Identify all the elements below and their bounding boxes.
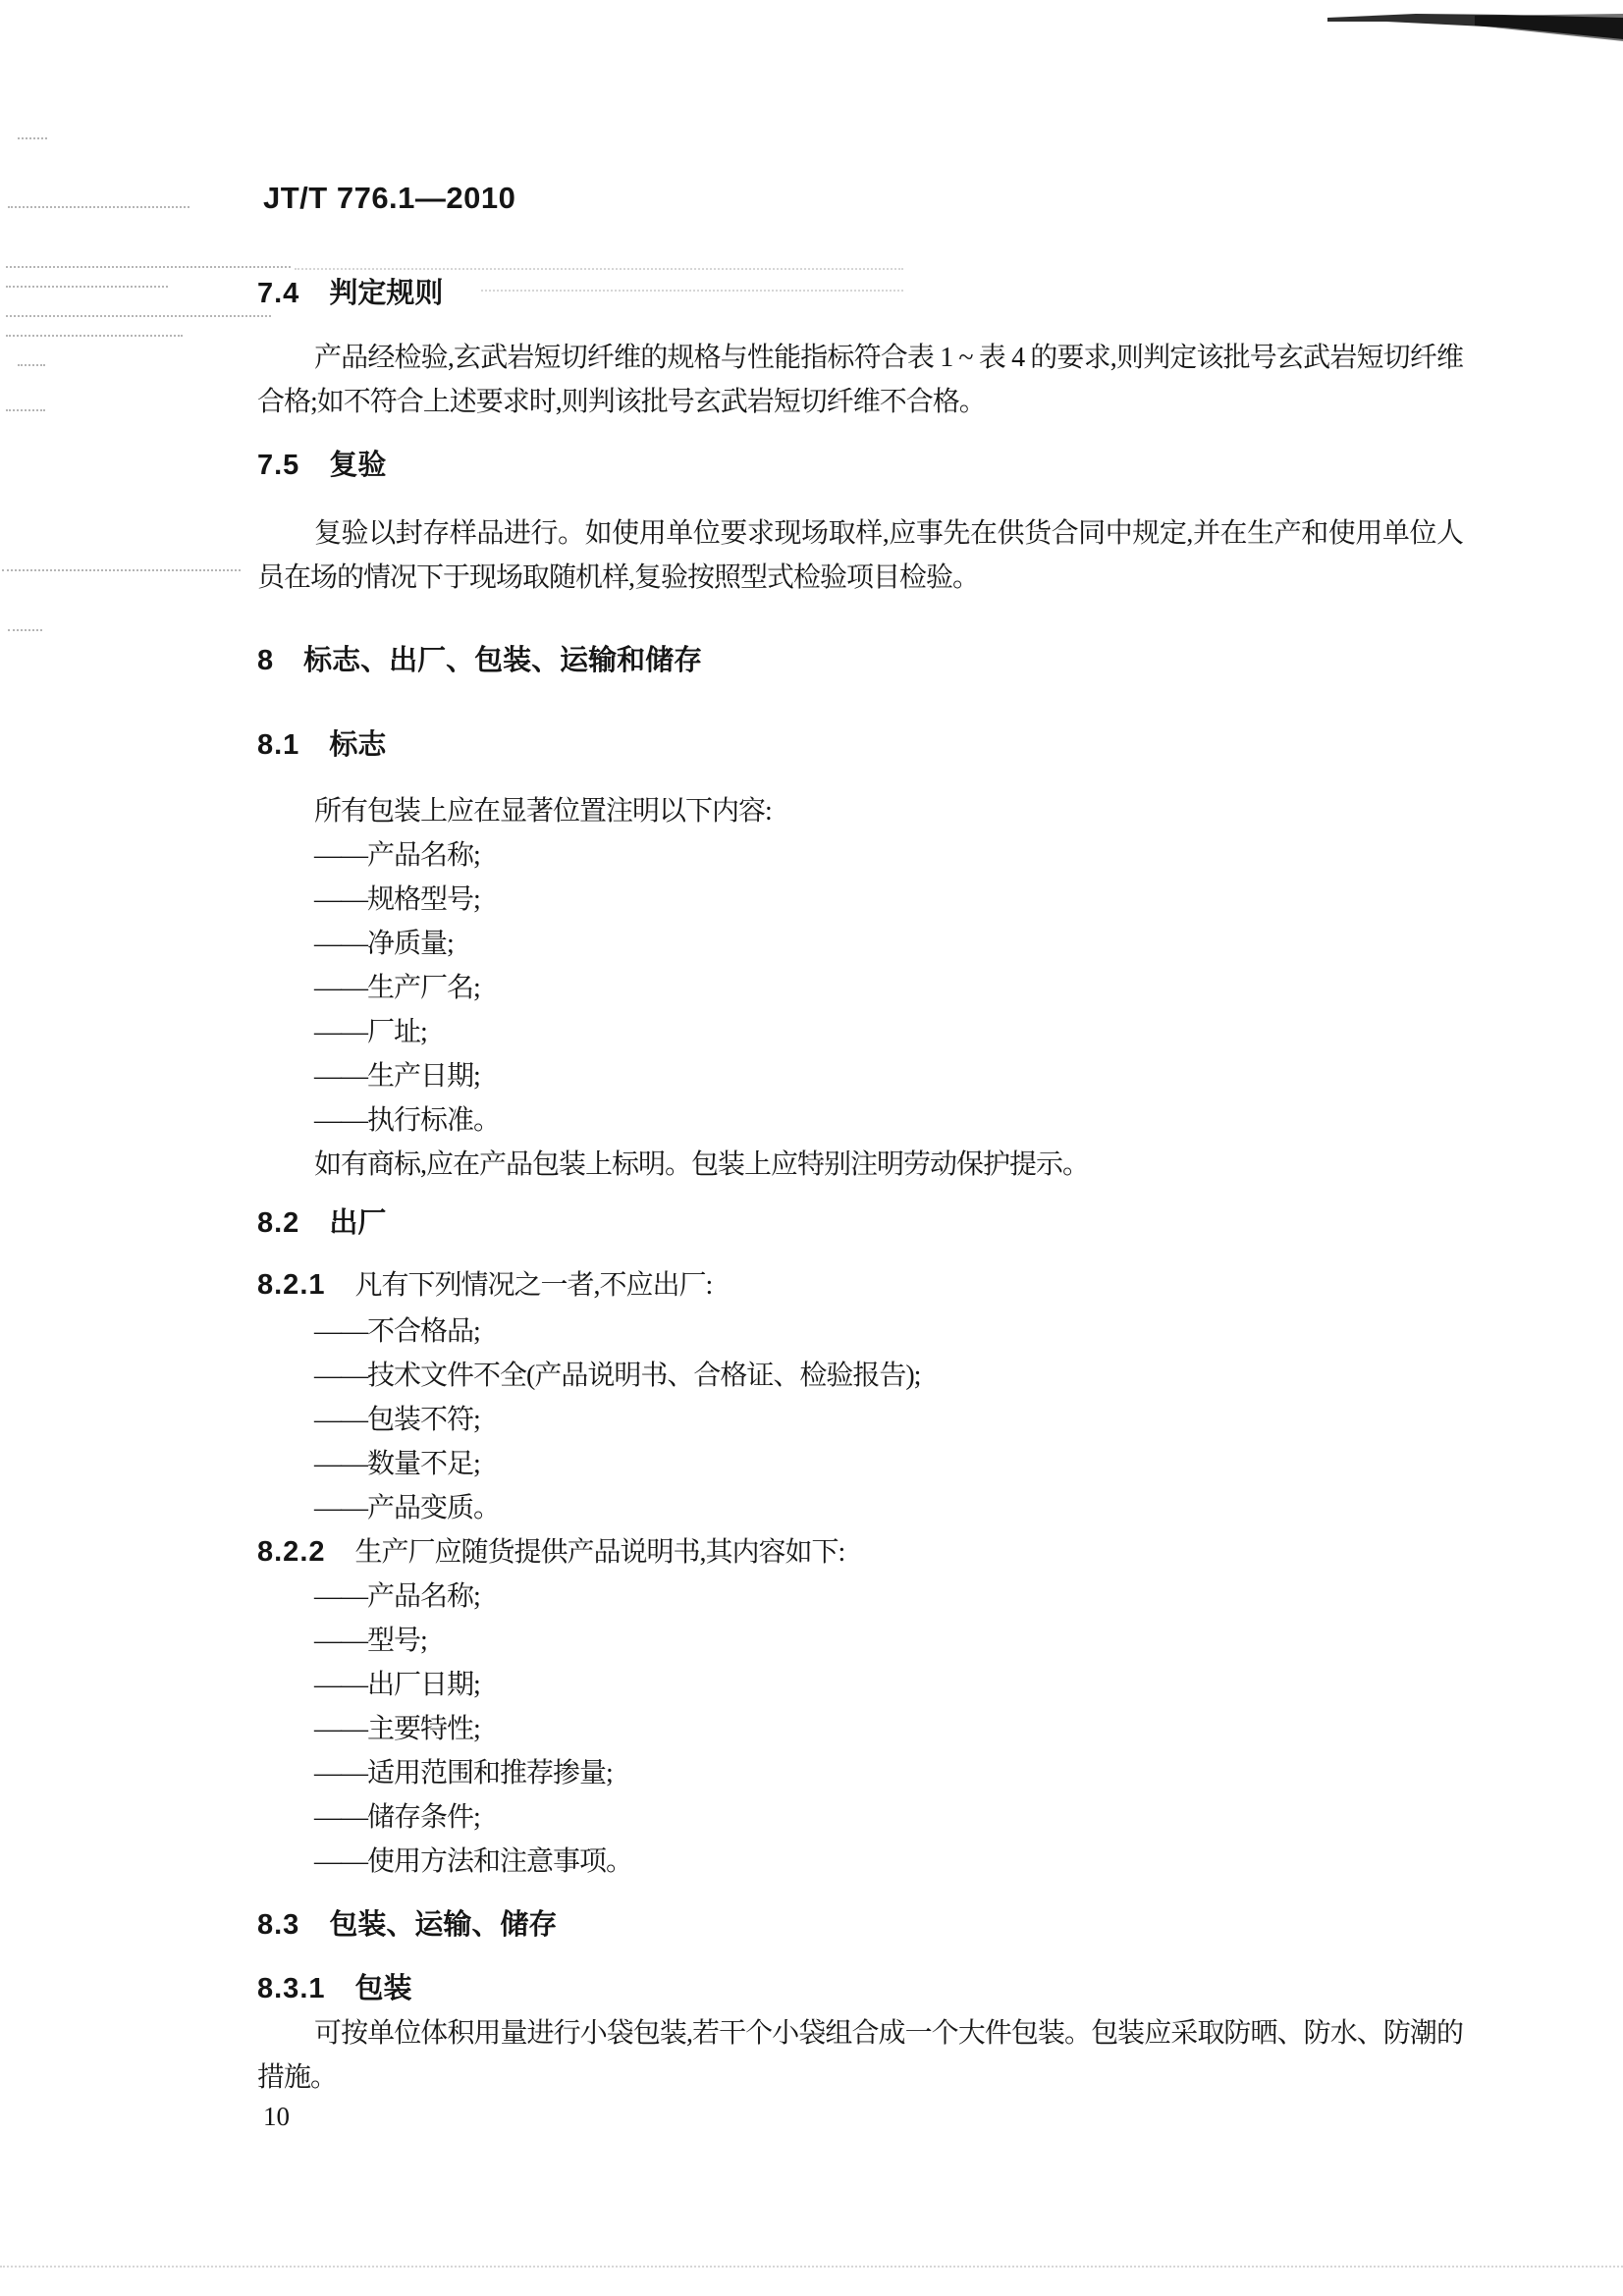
scan-artifact-dots [6, 315, 271, 317]
scan-artifact-dots [6, 335, 183, 337]
list-item: ——厂址; [314, 1010, 427, 1054]
document-page: JT/T 776.1—2010 7.4判定规则 产品经检验,玄武岩短切纤维的规格… [0, 0, 1623, 2296]
section-title: 标志、出厂、包装、运输和储存 [303, 645, 702, 676]
scan-artifact-dots [2, 569, 241, 571]
scan-artifact-dots [18, 137, 47, 139]
section-8-1-note: 如有商标,应在产品包装上标明。包装上应特别注明劳动保护提示。 [257, 1143, 1463, 1187]
standard-number: JT/T 776.1—2010 [263, 176, 515, 220]
scan-artifact-dots [8, 629, 42, 631]
scan-artifact-dots [6, 286, 168, 288]
section-title: 判定规则 [329, 278, 443, 309]
clause-number: 8.2.1 [257, 1263, 326, 1308]
list-item: ——执行标准。 [314, 1098, 500, 1143]
list-item: ——生产日期; [314, 1054, 480, 1098]
section-number: 8.1 [257, 723, 299, 768]
list-item: ——生产厂名; [314, 966, 480, 1010]
clause-text: 凡有下列情况之一者,不应出厂: [355, 1270, 713, 1301]
list-item: ——主要特性; [314, 1707, 480, 1751]
clause-8-2-1: 8.2.1凡有下列情况之一者,不应出厂: [257, 1263, 1463, 1308]
page-number: 10 [263, 2095, 290, 2139]
scan-artifact-dots [6, 266, 291, 268]
list-item: ——数量不足; [314, 1442, 480, 1486]
section-title: 包装、运输、储存 [329, 1909, 557, 1941]
scan-artifact-bottom-line [0, 2266, 1623, 2268]
section-title: 复验 [329, 450, 386, 481]
list-item: ——产品名称; [314, 833, 480, 878]
section-7-5-paragraph: 复验以封存样品进行。如使用单位要求现场取样,应事先在供货合同中规定,并在生产和使… [257, 511, 1463, 600]
section-title: 包装 [355, 1973, 412, 2004]
section-7-5-heading: 7.5复验 [257, 444, 386, 488]
list-item: ——技术文件不全(产品说明书、合格证、检验报告); [314, 1354, 920, 1398]
section-number: 7.5 [257, 444, 299, 488]
section-7-4-heading: 7.4判定规则 [257, 272, 443, 316]
section-8-1-intro: 所有包装上应在显著位置注明以下内容: [257, 789, 1463, 833]
list-item: ——净质量; [314, 922, 454, 966]
list-item: ——出厂日期; [314, 1663, 480, 1707]
section-title: 标志 [329, 729, 386, 761]
list-item: ——产品名称; [314, 1575, 480, 1619]
scan-artifact-dots [295, 268, 903, 270]
section-number: 7.4 [257, 272, 299, 316]
list-item: ——使用方法和注意事项。 [314, 1840, 632, 1884]
clause-number: 8.2.2 [257, 1530, 326, 1575]
section-number: 8 [257, 639, 274, 683]
list-item: ——规格型号; [314, 878, 480, 922]
section-7-4-paragraph: 产品经检验,玄武岩短切纤维的规格与性能指标符合表 1 ~ 表 4 的要求,则判定… [257, 336, 1463, 424]
section-8-2-heading: 8.2出厂 [257, 1201, 386, 1246]
scan-artifact-dots [6, 409, 45, 411]
section-8-3-1-heading: 8.3.1包装 [257, 1967, 412, 2011]
section-number: 8.3.1 [257, 1967, 326, 2011]
section-number: 8.2 [257, 1201, 299, 1246]
list-item: ——不合格品; [314, 1309, 480, 1354]
scan-artifact-top-right-smudge [1327, 6, 1623, 45]
clause-text: 生产厂应随货提供产品说明书,其内容如下: [355, 1537, 845, 1568]
list-item: ——储存条件; [314, 1795, 480, 1840]
section-8-1-heading: 8.1标志 [257, 723, 386, 768]
section-number: 8.3 [257, 1903, 299, 1948]
scan-artifact-dots [8, 206, 189, 208]
section-8-3-1-paragraph: 可按单位体积用量进行小袋包装,若干个小袋组合成一个大件包装。包装应采取防晒、防水… [257, 2011, 1463, 2100]
list-item: ——包装不符; [314, 1398, 480, 1442]
scan-artifact-dots [18, 364, 45, 366]
list-item: ——适用范围和推荐掺量; [314, 1751, 613, 1795]
section-8-3-heading: 8.3包装、运输、储存 [257, 1903, 557, 1948]
list-item: ——型号; [314, 1619, 427, 1663]
list-item: ——产品变质。 [314, 1486, 500, 1530]
section-8-heading: 8标志、出厂、包装、运输和储存 [257, 639, 702, 683]
scan-artifact-dots [481, 290, 903, 292]
section-title: 出厂 [329, 1207, 386, 1239]
clause-8-2-2: 8.2.2生产厂应随货提供产品说明书,其内容如下: [257, 1530, 1463, 1575]
